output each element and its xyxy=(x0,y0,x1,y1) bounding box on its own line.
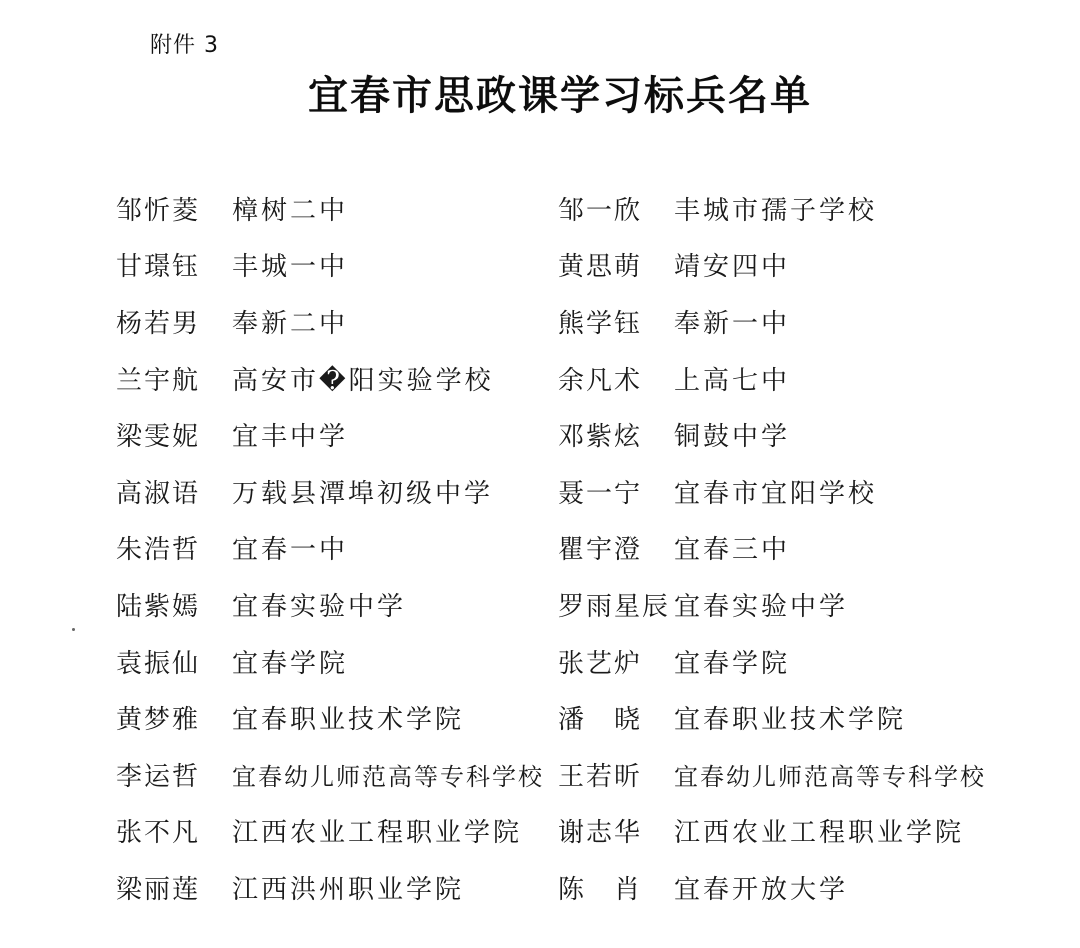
list-item: 罗雨星辰宜春实验中学 xyxy=(558,576,986,633)
school-name: 宜春职业技术学院 xyxy=(674,699,906,736)
list-item: 张不凡江西农业工程职业学院 xyxy=(116,803,544,860)
student-name: 潘 晓 xyxy=(558,699,674,736)
student-name: 甘璟钰 xyxy=(116,246,232,283)
list-item: 邹忻菱樟树二中 xyxy=(116,180,544,237)
student-name: 余凡术 xyxy=(558,360,674,397)
student-name: 王若昕 xyxy=(558,756,674,793)
student-name: 梁雯妮 xyxy=(116,416,232,453)
list-item: 瞿宇澄宜春三中 xyxy=(558,520,986,577)
document-title: 宜春市思政课学习标兵名单 xyxy=(0,64,1080,121)
school-name: 奉新二中 xyxy=(232,303,348,340)
list-item: 梁雯妮宜丰中学 xyxy=(116,406,544,463)
scan-speck xyxy=(72,628,75,631)
list-item: 潘 晓宜春职业技术学院 xyxy=(558,689,986,746)
list-item: 邹一欣丰城市孺子学校 xyxy=(558,180,986,237)
school-name: 靖安四中 xyxy=(674,246,790,283)
list-item: 谢志华江西农业工程职业学院 xyxy=(558,803,986,860)
student-name: 张艺炉 xyxy=(558,643,674,680)
list-item: 余凡术上高七中 xyxy=(558,350,986,407)
student-name: 袁振仙 xyxy=(116,643,232,680)
student-name: 张不凡 xyxy=(116,812,232,849)
school-name: 宜丰中学 xyxy=(232,416,348,453)
school-name: 江西农业工程职业学院 xyxy=(674,812,964,849)
school-name: 江西农业工程职业学院 xyxy=(232,812,522,849)
school-name: 丰城市孺子学校 xyxy=(674,190,877,227)
list-item: 陈 肖宜春开放大学 xyxy=(558,859,986,916)
list-item: 李运哲宜春幼儿师范高等专科学校 xyxy=(116,746,544,803)
list-item: 黄思萌靖安四中 xyxy=(558,237,986,294)
student-name: 瞿宇澄 xyxy=(558,529,674,566)
student-name: 黄思萌 xyxy=(558,246,674,283)
list-item: 兰宇航高安市�阳实验学校 xyxy=(116,350,544,407)
school-name: 宜春幼儿师范高等专科学校 xyxy=(232,757,544,792)
school-name: 铜鼓中学 xyxy=(674,416,790,453)
school-name: 宜春开放大学 xyxy=(674,869,848,906)
list-item: 熊学钰奉新一中 xyxy=(558,293,986,350)
list-item: 袁振仙宜春学院 xyxy=(116,633,544,690)
school-name: 宜春学院 xyxy=(674,643,790,680)
attachment-label: 附件 3 xyxy=(150,28,219,59)
list-item: 邓紫炫铜鼓中学 xyxy=(558,406,986,463)
student-name: 杨若男 xyxy=(116,303,232,340)
student-name: 聂一宁 xyxy=(558,473,674,510)
name-list-right-column: 邹一欣丰城市孺子学校 黄思萌靖安四中 熊学钰奉新一中 余凡术上高七中 邓紫炫铜鼓… xyxy=(558,180,986,916)
school-name: 高安市�阳实验学校 xyxy=(232,360,494,397)
school-name: 丰城一中 xyxy=(232,246,348,283)
school-name: 宜春三中 xyxy=(674,529,790,566)
school-name: 宜春实验中学 xyxy=(232,586,406,623)
school-name: 江西洪州职业学院 xyxy=(232,869,464,906)
list-item: 梁丽莲江西洪州职业学院 xyxy=(116,859,544,916)
list-item: 聂一宁宜春市宜阳学校 xyxy=(558,463,986,520)
student-name: 李运哲 xyxy=(116,756,232,793)
school-name: 宜春市宜阳学校 xyxy=(674,473,877,510)
list-item: 高淑语万载县潭埠初级中学 xyxy=(116,463,544,520)
school-name: 上高七中 xyxy=(674,360,790,397)
list-item: 黄梦雅宜春职业技术学院 xyxy=(116,689,544,746)
student-name: 陆紫嫣 xyxy=(116,586,232,623)
school-name: 奉新一中 xyxy=(674,303,790,340)
student-name: 梁丽莲 xyxy=(116,869,232,906)
list-item: 杨若男奉新二中 xyxy=(116,293,544,350)
student-name: 罗雨星辰 xyxy=(558,586,674,623)
student-name: 熊学钰 xyxy=(558,303,674,340)
list-item: 张艺炉宜春学院 xyxy=(558,633,986,690)
student-name: 陈 肖 xyxy=(558,869,674,906)
school-name: 樟树二中 xyxy=(232,190,348,227)
student-name: 邹忻菱 xyxy=(116,190,232,227)
student-name: 朱浩哲 xyxy=(116,529,232,566)
list-item: 朱浩哲宜春一中 xyxy=(116,520,544,577)
list-item: 王若昕宜春幼儿师范高等专科学校 xyxy=(558,746,986,803)
school-name: 宜春职业技术学院 xyxy=(232,699,464,736)
student-name: 邓紫炫 xyxy=(558,416,674,453)
list-item: 甘璟钰丰城一中 xyxy=(116,237,544,294)
student-name: 黄梦雅 xyxy=(116,699,232,736)
student-name: 兰宇航 xyxy=(116,360,232,397)
school-name: 宜春幼儿师范高等专科学校 xyxy=(674,757,986,792)
list-item: 陆紫嫣宜春实验中学 xyxy=(116,576,544,633)
school-name: 宜春实验中学 xyxy=(674,586,848,623)
school-name: 宜春学院 xyxy=(232,643,348,680)
student-name: 邹一欣 xyxy=(558,190,674,227)
school-name: 万载县潭埠初级中学 xyxy=(232,473,493,510)
school-name: 宜春一中 xyxy=(232,529,348,566)
student-name: 谢志华 xyxy=(558,812,674,849)
student-name: 高淑语 xyxy=(116,473,232,510)
name-list-left-column: 邹忻菱樟树二中 甘璟钰丰城一中 杨若男奉新二中 兰宇航高安市�阳实验学校 梁雯妮… xyxy=(116,180,544,916)
